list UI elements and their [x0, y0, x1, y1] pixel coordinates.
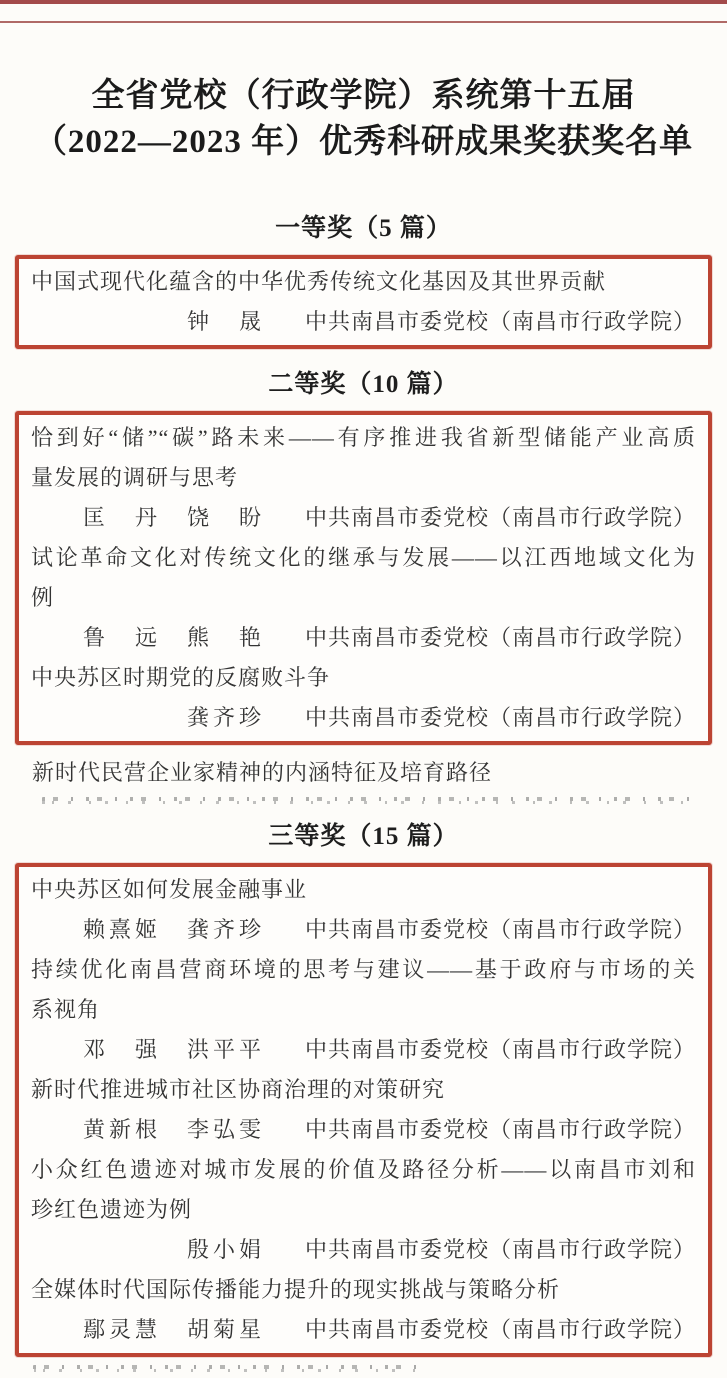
entry-title-outside-box: 新时代民营企业家精神的内涵特征及培育路径 [32, 753, 712, 793]
entry-author-row: 鲁 远 熊 艳 中共南昌市委党校（南昌市行政学院） [31, 618, 696, 658]
entry-organization: 中共南昌市委党校（南昌市行政学院） [305, 302, 696, 342]
entry-author-row: 鄢灵慧 胡菊星 中共南昌市委党校（南昌市行政学院） [31, 1310, 696, 1350]
page-title: 全省党校（行政学院）系统第十五届 （2022—2023 年）优秀科研成果奖获奖名… [15, 73, 712, 165]
entry-title-line: 小众红色遗迹对城市发展的价值及路径分析——以南昌市刘和 [31, 1150, 696, 1190]
entry-title-line: 系视角 [31, 990, 696, 1030]
entry-author-names: 赖熹姬 龚齐珍 [83, 910, 265, 950]
award-entry: 新时代推进城市社区协商治理的对策研究 黄新根 李弘雯 中共南昌市委党校（南昌市行… [31, 1070, 696, 1150]
entry-author-row: 殷小娟 中共南昌市委党校（南昌市行政学院） [31, 1230, 696, 1270]
entry-organization: 中共南昌市委党校（南昌市行政学院） [305, 618, 696, 658]
award-entry: 中国式现代化蕴含的中华优秀传统文化基因及其世界贡献 钟 晟 中共南昌市委党校（南… [31, 262, 696, 342]
award-entry: 全媒体时代国际传播能力提升的现实挑战与策略分析 鄢灵慧 胡菊星 中共南昌市委党校… [31, 1270, 696, 1350]
entry-author-names: 钟 晟 [187, 302, 265, 342]
award-entry: 中央苏区时期党的反腐败斗争 龚齐珍 中共南昌市委党校（南昌市行政学院） [31, 658, 696, 738]
entry-title-line: 例 [31, 578, 696, 618]
entry-author-row: 龚齐珍 中共南昌市委党校（南昌市行政学院） [31, 698, 696, 738]
entry-organization: 中共南昌市委党校（南昌市行政学院） [305, 1110, 696, 1150]
entry-organization: 中共南昌市委党校（南昌市行政学院） [305, 910, 696, 950]
award-box-second-prize: 恰到好“储”“碳”路未来——有序推进我省新型储能产业高质 量发展的调研与思考 匡… [15, 411, 712, 745]
entry-organization: 中共南昌市委党校（南昌市行政学院） [305, 698, 696, 738]
entry-organization: 中共南昌市委党校（南昌市行政学院） [305, 498, 696, 538]
entry-title-line: 中央苏区时期党的反腐败斗争 [31, 658, 696, 698]
section-heading-first-prize: 一等奖（5 篇） [15, 213, 712, 245]
entry-author-row: 钟 晟 中共南昌市委党校（南昌市行政学院） [31, 302, 696, 342]
entry-author-names: 黄新根 李弘雯 [83, 1110, 265, 1150]
top-red-bar [0, 0, 727, 4]
clipped-text-strip [33, 1365, 428, 1373]
page-title-line-2: （2022—2023 年）优秀科研成果奖获奖名单 [15, 119, 712, 165]
page-title-line-1: 全省党校（行政学院）系统第十五届 [15, 73, 712, 119]
entry-title-line: 量发展的调研与思考 [31, 458, 696, 498]
section-heading-third-prize: 三等奖（15 篇） [15, 821, 712, 853]
award-entry: 试论革命文化对传统文化的继承与发展——以江西地域文化为 例 鲁 远 熊 艳 中共… [31, 538, 696, 658]
entry-author-row: 赖熹姬 龚齐珍 中共南昌市委党校（南昌市行政学院） [31, 910, 696, 950]
award-box-third-prize: 中央苏区如何发展金融事业 赖熹姬 龚齐珍 中共南昌市委党校（南昌市行政学院） 持… [15, 863, 712, 1357]
entry-organization: 中共南昌市委党校（南昌市行政学院） [305, 1230, 696, 1270]
entry-title-line: 中央苏区如何发展金融事业 [31, 870, 696, 910]
document-page: 全省党校（行政学院）系统第十五届 （2022—2023 年）优秀科研成果奖获奖名… [0, 73, 727, 1373]
award-entry: 小众红色遗迹对城市发展的价值及路径分析——以南昌市刘和 珍红色遗迹为例 殷小娟 … [31, 1150, 696, 1270]
entry-title-line: 恰到好“储”“碳”路未来——有序推进我省新型储能产业高质 [31, 418, 696, 458]
entry-title-line: 中国式现代化蕴含的中华优秀传统文化基因及其世界贡献 [31, 262, 696, 302]
entry-title-line: 全媒体时代国际传播能力提升的现实挑战与策略分析 [31, 1270, 696, 1310]
entry-author-names: 邓 强 洪平平 [83, 1030, 265, 1070]
entry-title-line: 试论革命文化对传统文化的继承与发展——以江西地域文化为 [31, 538, 696, 578]
entry-author-names: 鲁 远 熊 艳 [83, 618, 265, 658]
section-heading-second-prize: 二等奖（10 篇） [15, 369, 712, 401]
entry-organization: 中共南昌市委党校（南昌市行政学院） [305, 1310, 696, 1350]
entry-author-row: 黄新根 李弘雯 中共南昌市委党校（南昌市行政学院） [31, 1110, 696, 1150]
entry-author-names: 匡 丹 饶 盼 [83, 498, 265, 538]
clipped-text-strip [42, 797, 697, 805]
award-entry: 持续优化南昌营商环境的思考与建议——基于政府与市场的关 系视角 邓 强 洪平平 … [31, 950, 696, 1070]
award-entry: 恰到好“储”“碳”路未来——有序推进我省新型储能产业高质 量发展的调研与思考 匡… [31, 418, 696, 538]
entry-author-names: 龚齐珍 [187, 698, 265, 738]
award-entry: 中央苏区如何发展金融事业 赖熹姬 龚齐珍 中共南昌市委党校（南昌市行政学院） [31, 870, 696, 950]
entry-title-line: 新时代推进城市社区协商治理的对策研究 [31, 1070, 696, 1110]
entry-author-names: 鄢灵慧 胡菊星 [83, 1310, 265, 1350]
entry-title-line: 持续优化南昌营商环境的思考与建议——基于政府与市场的关 [31, 950, 696, 990]
entry-organization: 中共南昌市委党校（南昌市行政学院） [305, 1030, 696, 1070]
entry-author-names: 殷小娟 [187, 1230, 265, 1270]
entry-author-row: 匡 丹 饶 盼 中共南昌市委党校（南昌市行政学院） [31, 498, 696, 538]
award-box-first-prize: 中国式现代化蕴含的中华优秀传统文化基因及其世界贡献 钟 晟 中共南昌市委党校（南… [15, 255, 712, 349]
entry-author-row: 邓 强 洪平平 中共南昌市委党校（南昌市行政学院） [31, 1030, 696, 1070]
entry-title-line: 珍红色遗迹为例 [31, 1190, 696, 1230]
top-red-rule [0, 21, 727, 23]
